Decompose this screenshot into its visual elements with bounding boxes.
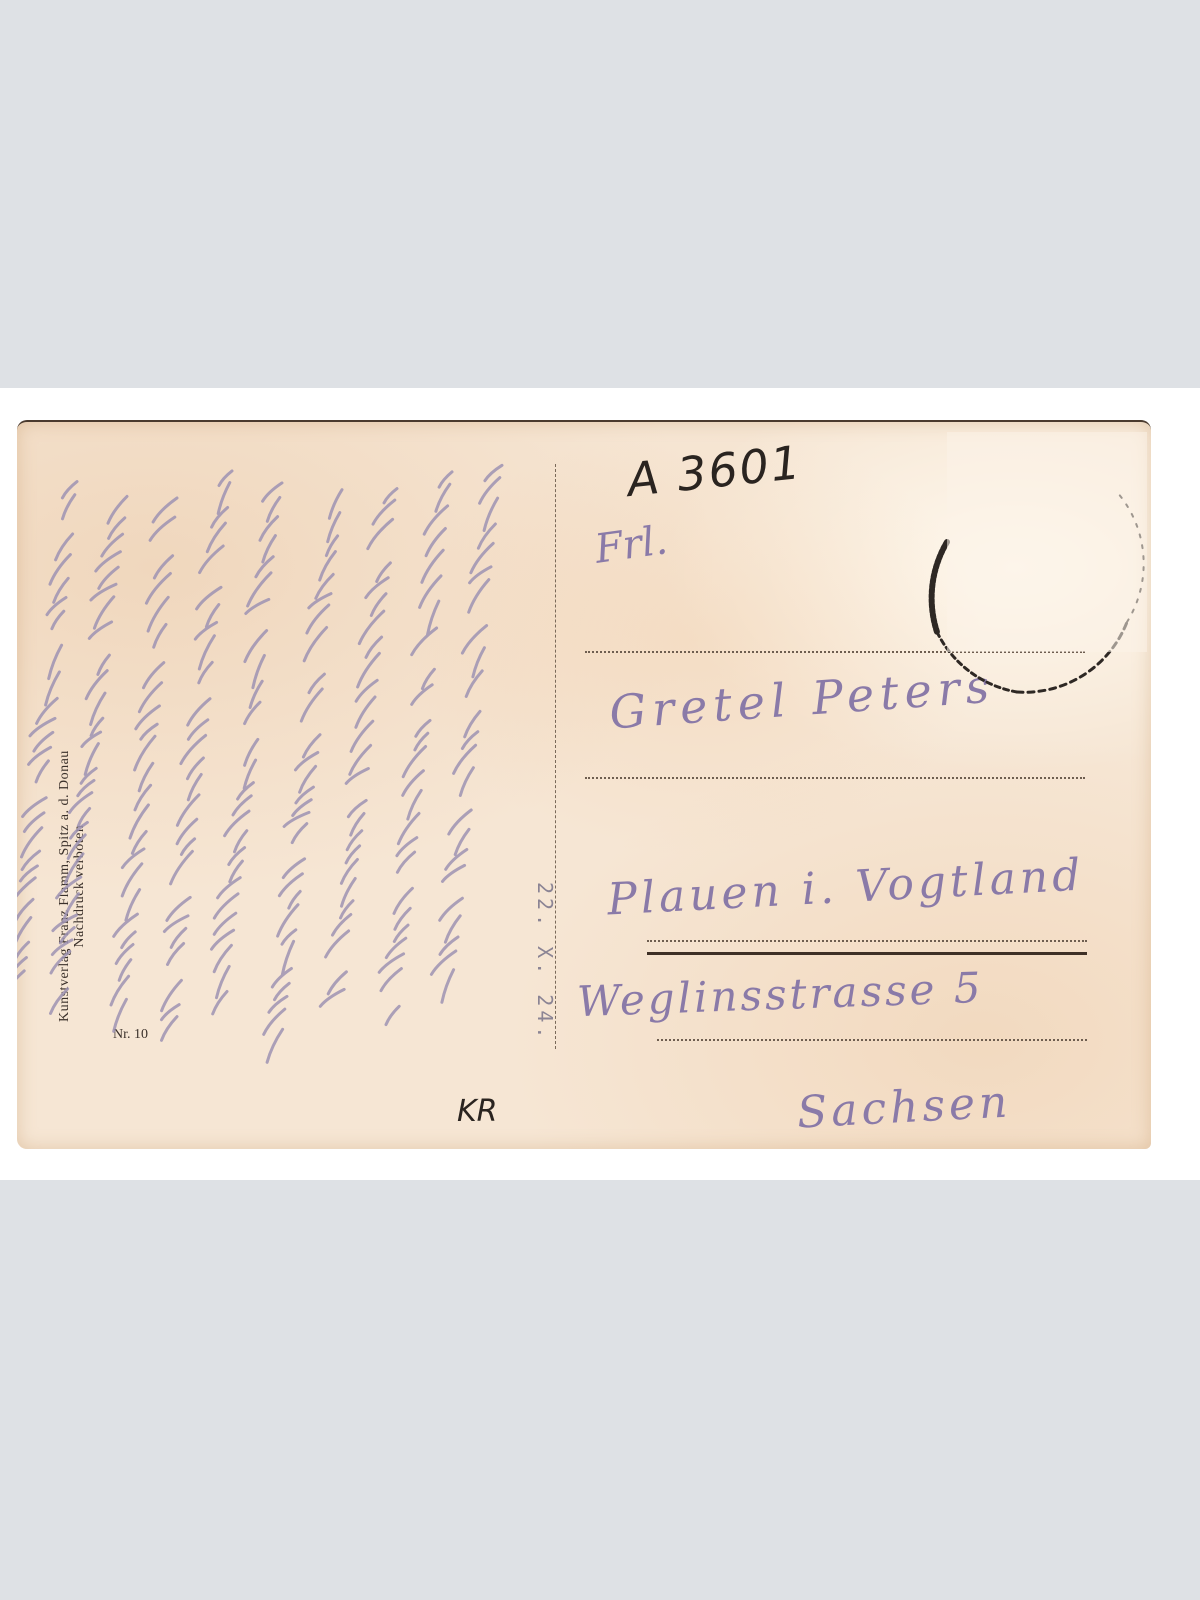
postcard-back: Kunstverlag Franz Flamm, Spitz a. d. Don… bbox=[17, 420, 1151, 1149]
stamp-removed-area bbox=[947, 432, 1147, 652]
handwriting-strokes bbox=[17, 422, 1151, 1149]
